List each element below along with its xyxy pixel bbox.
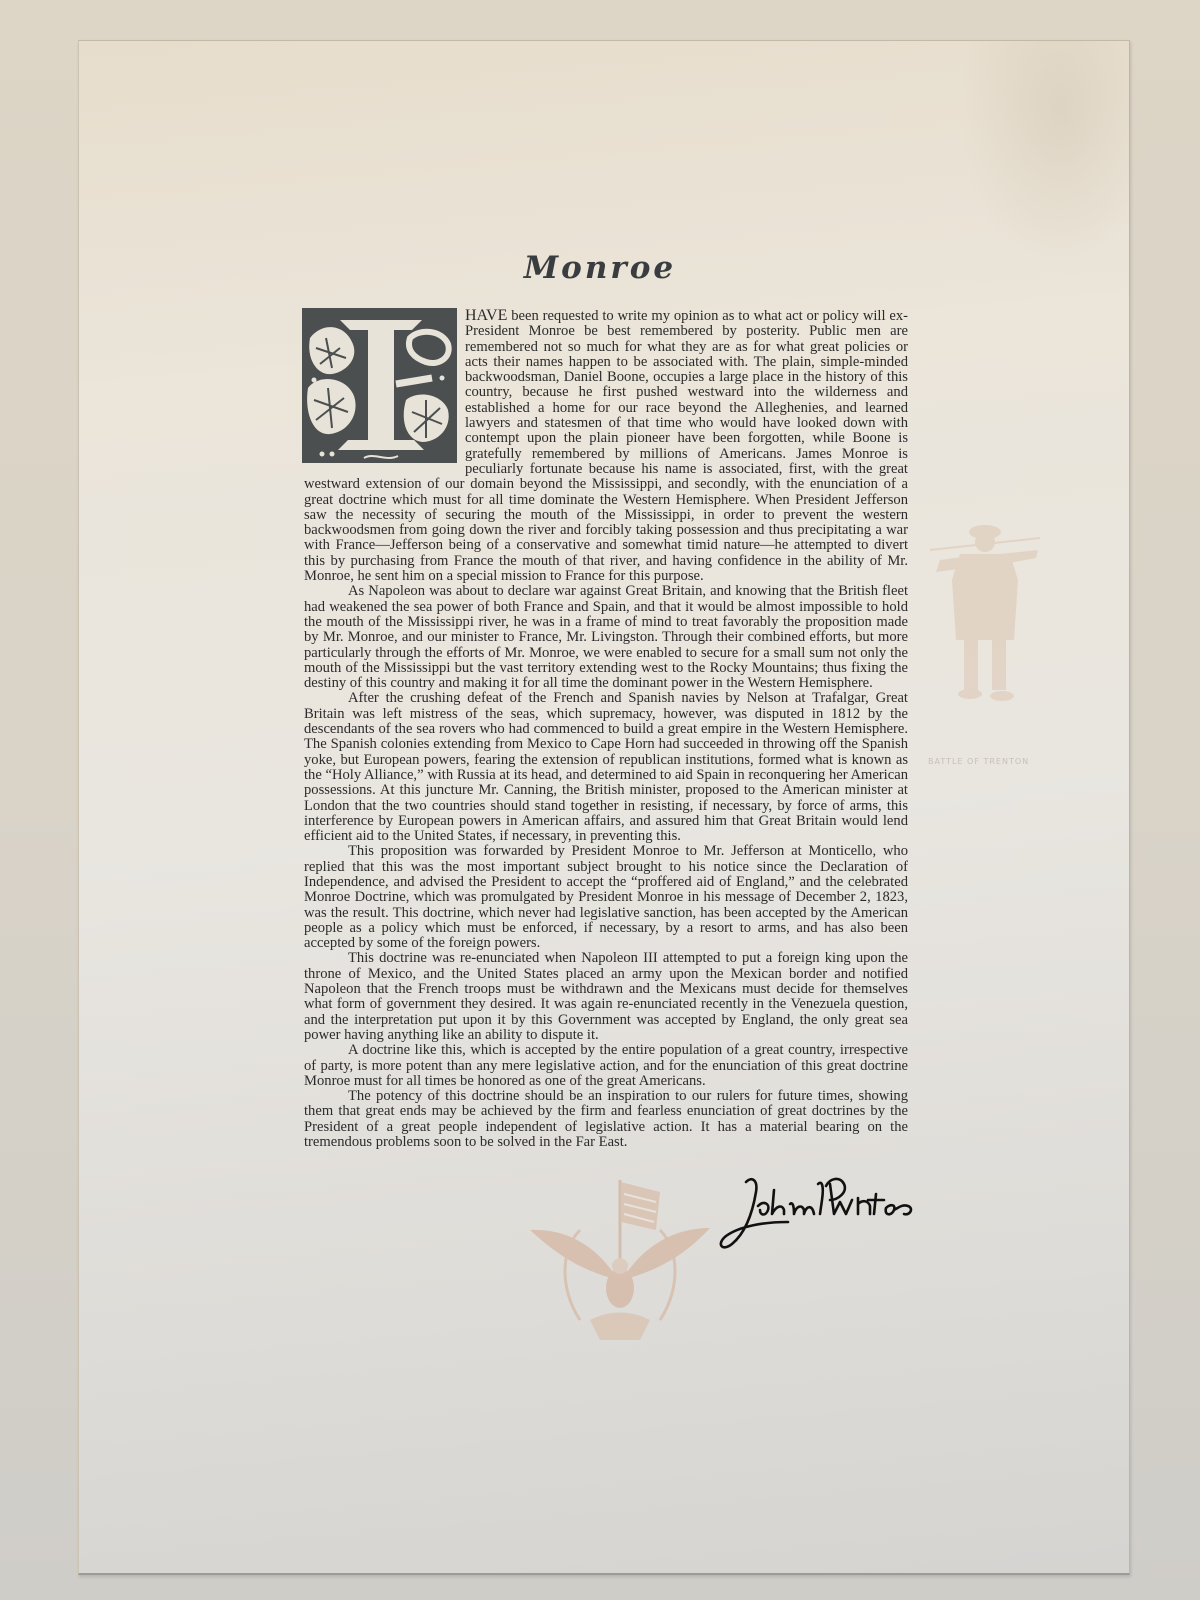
paragraph-3: After the crushing defeat of the French … [304,691,908,844]
water-stain [959,41,1129,271]
paragraph-7: The potency of this doctrine should be a… [304,1089,908,1150]
illustration-caption: BATTLE OF TRENTON [928,757,1029,766]
soldier-illustration-icon [930,510,1040,710]
paragraph-2: As Napoleon was about to declare war aga… [304,584,908,691]
signature: John W. Porter [718,1170,918,1255]
paragraph-lead-word: HAVE [465,307,507,324]
page-title: Monroe [0,250,1200,286]
article-body: HAVE been requested to write my opinion … [304,308,908,1150]
illuminated-dropcap-icon [302,308,457,463]
paragraph-4: This proposition was forwarded by Presid… [304,844,908,951]
paragraph-6: A doctrine like this, which is accepted … [304,1043,908,1089]
eagle-flag-emblem-icon [520,1170,720,1345]
paragraph-5: This doctrine was re-enunciated when Nap… [304,951,908,1043]
